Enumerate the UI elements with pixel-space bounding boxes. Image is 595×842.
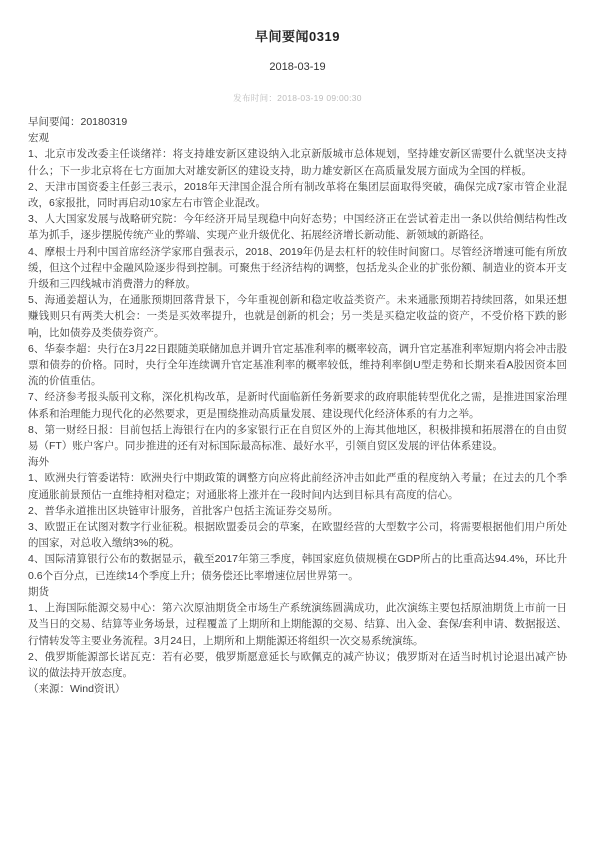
- news-item-macro-1: 1、北京市发改委主任谈绪祥：将支持雄安新区建设纳入北京新版城市总体规划，坚持雄安…: [28, 146, 567, 178]
- section-heading-macro: 宏观: [28, 130, 567, 146]
- news-item-overseas-3: 3、欧盟正在试图对数字行业征税。根据欧盟委员会的草案，在欧盟经营的大型数字公司，…: [28, 519, 567, 551]
- source-line: （来源：Wind资讯）: [28, 681, 567, 697]
- news-item-macro-4: 4、摩根士丹利中国首席经济学家邢自强表示，2018、2019年仍是去杠杆的较佳时…: [28, 244, 567, 293]
- news-item-overseas-1: 1、欧洲央行管委诺特：欧洲央行中期政策的调整方向应将此前经济冲击如此严重的程度纳…: [28, 470, 567, 502]
- section-heading-futures: 期货: [28, 584, 567, 600]
- section-heading-overseas: 海外: [28, 454, 567, 470]
- news-item-macro-3: 3、人大国家发展与战略研究院：今年经济开局呈现稳中向好态势；中国经济正在尝试着走…: [28, 211, 567, 243]
- news-item-overseas-4: 4、国际清算银行公布的数据显示，截至2017年第三季度，韩国家庭负债规模在GDP…: [28, 551, 567, 583]
- news-item-macro-5: 5、海通姜超认为，在通胀预期回落背景下，今年重视创新和稳定收益类资产。未来通胀预…: [28, 292, 567, 341]
- publish-time: 发布时间：2018-03-19 09:00:30: [0, 92, 595, 104]
- news-item-macro-7: 7、经济参考报头版刊文称，深化机构改革，是新时代面临新任务新要求的政府职能转型优…: [28, 389, 567, 421]
- document-body: 早间要闻：20180319 宏观 1、北京市发改委主任谈绪祥：将支持雄安新区建设…: [28, 114, 567, 697]
- page-title: 早间要闻0319: [0, 26, 595, 45]
- news-item-macro-2: 2、天津市国资委主任彭三表示，2018年天津国企混合所有制改革将在集团层面取得突…: [28, 179, 567, 211]
- document-page: 早间要闻0319 2018-03-19 发布时间：2018-03-19 09:0…: [0, 0, 595, 842]
- news-item-futures-1: 1、上海国际能源交易中心：第六次原油期货全市场生产系统演练圆满成功，此次演练主要…: [28, 600, 567, 649]
- news-item-overseas-2: 2、普华永道推出区块链审计服务，首批客户包括主流证券交易所。: [28, 503, 567, 519]
- news-item-macro-8: 8、第一财经日报：目前包括上海银行在内的多家银行正在自贸区外的上海其他地区，积极…: [28, 422, 567, 454]
- document-date: 2018-03-19: [0, 61, 595, 73]
- document-heading-line: 早间要闻：20180319: [28, 114, 567, 130]
- news-item-macro-6: 6、华泰李超：央行在3月22日跟随美联储加息并调升官定基准利率的概率较高，调升官…: [28, 341, 567, 390]
- news-item-futures-2: 2、俄罗斯能源部长诺瓦克：若有必要，俄罗斯愿意延长与欧佩克的减产协议；俄罗斯对在…: [28, 649, 567, 681]
